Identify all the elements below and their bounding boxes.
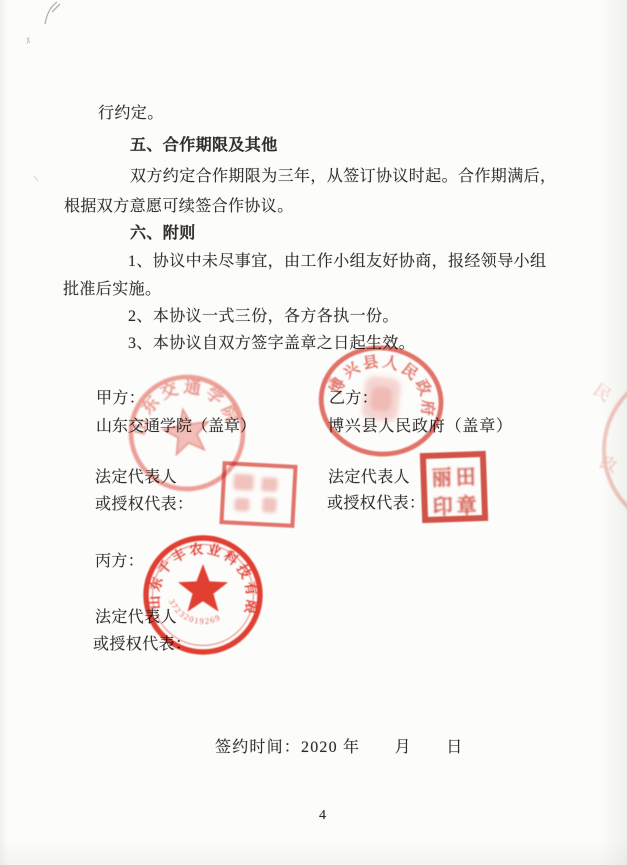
- item3-line: 3、本协议自双方签字盖章之日起生效。: [128, 333, 415, 355]
- party-a-name-square-seal: [219, 461, 297, 528]
- party-b-rep-line2: 或授权代表：: [327, 493, 425, 515]
- party-c-seal-star-icon: [178, 564, 228, 612]
- section5-line1: 双方约定合作期限为三年，从签订协议时起。合作期满后，: [130, 166, 556, 188]
- square-b-char-4: 章: [456, 489, 477, 520]
- party-b-seal-ray-mark: ✳: [324, 373, 336, 388]
- scan-shading-left: [0, 0, 8, 865]
- party-c-rep-line1: 法定代表人: [95, 607, 177, 629]
- scan-shading-bottom: [0, 839, 627, 865]
- pencil-dot-artifact: [30, 172, 44, 186]
- edge-partial-seal: 民 政: [580, 358, 627, 548]
- party-a-rep-line2: 或授权代表：: [95, 494, 193, 516]
- scanned-agreement-page: 行约定。 五、合作期限及其他 双方约定合作期限为三年，从签订协议时起。合作期满后…: [0, 0, 627, 865]
- square-b-char-2: 田: [455, 460, 476, 491]
- party-b-label: 乙方：: [329, 388, 378, 410]
- party-c-rep-line2: 或授权代表：: [93, 634, 191, 656]
- edge-seal-char-2: 政: [597, 453, 619, 476]
- party-b-rep-line1: 法定代表人: [328, 467, 410, 489]
- party-c-label: 丙方：: [95, 551, 144, 573]
- square-b-char-3: 印: [432, 489, 453, 520]
- scan-shading-right: [601, 0, 627, 865]
- section5-line2: 根据双方意愿可续签合作协议。: [64, 196, 294, 218]
- section6-heading: 六、附则: [130, 223, 196, 245]
- svg-text:山东千丰农业科技有限公司: 山东千丰农业科技有限公司: [141, 533, 261, 618]
- party-b-name: 博兴县人民政府（盖章）: [328, 416, 513, 438]
- sign-date-line: 签约时间：2020 年 月 日: [215, 737, 463, 759]
- square-b-char-1: 丽: [431, 460, 452, 491]
- item1-line2: 批准后实施。: [63, 279, 161, 301]
- edge-seal-char-1: 民: [590, 380, 615, 405]
- item2-line: 2、本协议一式三份，各方各执一份。: [128, 306, 399, 328]
- party-c-seal-ring-text: 山东千丰农业科技有限公司: [141, 533, 261, 618]
- party-a-label: 甲方：: [96, 388, 145, 410]
- pencil-mark-artifact: [18, 0, 78, 50]
- page-number: 4: [319, 805, 326, 827]
- section5-heading: 五、合作期限及其他: [130, 135, 278, 157]
- item1-line1: 1、协议中未尽事宜，由工作小组友好协商，报经领导小组: [128, 251, 546, 273]
- party-a-rep-line1: 法定代表人: [95, 467, 177, 489]
- party-b-name-square-seal: 丽 田 印 章: [420, 451, 488, 523]
- party-a-name: 山东交通学院（盖章）: [96, 416, 256, 438]
- paragraph-tail-line: 行约定。: [98, 103, 164, 125]
